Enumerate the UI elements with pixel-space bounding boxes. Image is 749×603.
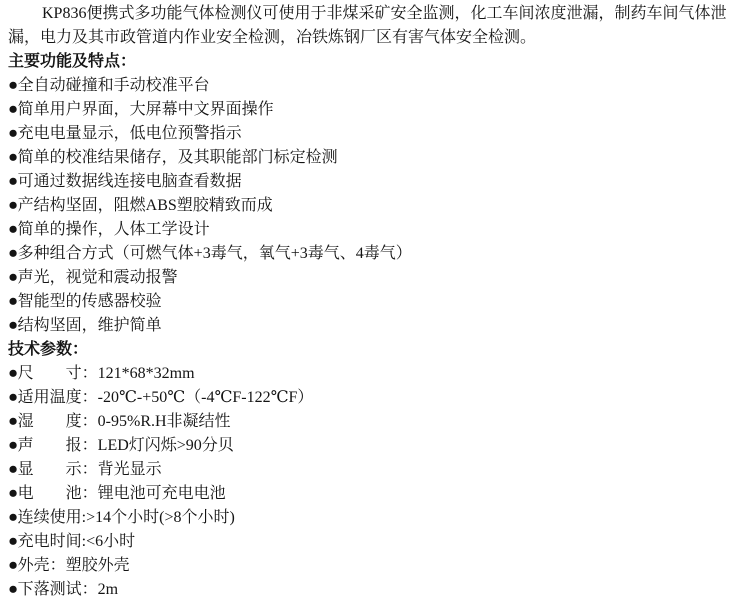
bullet-icon: ● bbox=[8, 505, 18, 530]
spec-item: ●外壳：塑胶外壳 bbox=[8, 554, 741, 578]
intro-paragraph: KP836便携式多功能气体检测仪可使用于非煤采矿安全监测，化工车间浓度泄漏，制药… bbox=[8, 2, 741, 50]
bullet-icon: ● bbox=[8, 313, 18, 338]
feature-text: 产结构坚固，阻燃ABS塑胶精致而成 bbox=[18, 197, 273, 214]
spec-text: 外壳：塑胶外壳 bbox=[18, 557, 130, 574]
feature-text: 可通过数据线连接电脑查看数据 bbox=[18, 173, 242, 190]
bullet-icon: ● bbox=[8, 145, 18, 170]
bullet-icon: ● bbox=[8, 385, 18, 410]
bullet-icon: ● bbox=[8, 121, 18, 146]
feature-item: ●简单的校准结果储存，及其职能部门标定检测 bbox=[8, 146, 741, 170]
spec-item: ●适用温度：-20℃-+50℃（-4℃F-122℃F） bbox=[8, 386, 741, 410]
spec-text: 充电时间:<6小时 bbox=[18, 533, 135, 550]
bullet-icon: ● bbox=[8, 577, 18, 602]
spec-text: 下落测试：2m bbox=[18, 581, 118, 598]
bullet-icon: ● bbox=[8, 553, 18, 578]
spec-item: ●连续使用:>14个小时(>8个小时) bbox=[8, 506, 741, 530]
feature-item: ●充电电量显示，低电位预警指示 bbox=[8, 122, 741, 146]
feature-item: ●产结构坚固，阻燃ABS塑胶精致而成 bbox=[8, 194, 741, 218]
spec-text: 湿 度：0-95%R.H非凝结性 bbox=[18, 413, 231, 430]
feature-item: ●多种组合方式（可燃气体+3毒气，氧气+3毒气、4毒气） bbox=[8, 242, 741, 266]
features-heading: 主要功能及特点： bbox=[8, 50, 741, 74]
feature-text: 结构坚固，维护简单 bbox=[18, 317, 162, 334]
feature-item: ●智能型的传感器校验 bbox=[8, 290, 741, 314]
spec-item: ●尺 寸：121*68*32mm bbox=[8, 362, 741, 386]
bullet-icon: ● bbox=[8, 73, 18, 98]
bullet-icon: ● bbox=[8, 97, 18, 122]
bullet-icon: ● bbox=[8, 409, 18, 434]
feature-text: 简单的操作，人体工学设计 bbox=[18, 221, 210, 238]
feature-text: 简单的校准结果储存，及其职能部门标定检测 bbox=[18, 149, 338, 166]
feature-text: 全自动碰撞和手动校准平台 bbox=[18, 77, 210, 94]
spec-text: 声 报：LED灯闪烁>90分贝 bbox=[18, 437, 234, 454]
feature-text: 充电电量显示，低电位预警指示 bbox=[18, 125, 242, 142]
bullet-icon: ● bbox=[8, 265, 18, 290]
spec-item: ●声 报：LED灯闪烁>90分贝 bbox=[8, 434, 741, 458]
spec-item: ●显 示：背光显示 bbox=[8, 458, 741, 482]
bullet-icon: ● bbox=[8, 361, 18, 386]
spec-item: ●电 池：锂电池可充电电池 bbox=[8, 482, 741, 506]
bullet-icon: ● bbox=[8, 241, 18, 266]
spec-item: ●充电时间:<6小时 bbox=[8, 530, 741, 554]
feature-item: ●可通过数据线连接电脑查看数据 bbox=[8, 170, 741, 194]
product-document: KP836便携式多功能气体检测仪可使用于非煤采矿安全监测，化工车间浓度泄漏，制药… bbox=[0, 0, 749, 602]
feature-item: ●声光，视觉和震动报警 bbox=[8, 266, 741, 290]
bullet-icon: ● bbox=[8, 529, 18, 554]
feature-text: 声光，视觉和震动报警 bbox=[18, 269, 178, 286]
feature-item: ●结构坚固，维护简单 bbox=[8, 314, 741, 338]
feature-text: 智能型的传感器校验 bbox=[18, 293, 162, 310]
bullet-icon: ● bbox=[8, 457, 18, 482]
spec-text: 尺 寸：121*68*32mm bbox=[18, 365, 195, 382]
specs-heading: 技术参数： bbox=[8, 338, 741, 362]
feature-text: 多种组合方式（可燃气体+3毒气，氧气+3毒气、4毒气） bbox=[18, 245, 412, 262]
feature-item: ●简单的操作，人体工学设计 bbox=[8, 218, 741, 242]
spec-text: 适用温度：-20℃-+50℃（-4℃F-122℃F） bbox=[18, 389, 314, 406]
feature-item: ●全自动碰撞和手动校准平台 bbox=[8, 74, 741, 98]
feature-text: 简单用户界面，大屏幕中文界面操作 bbox=[18, 101, 274, 118]
bullet-icon: ● bbox=[8, 433, 18, 458]
bullet-icon: ● bbox=[8, 169, 18, 194]
spec-text: 连续使用:>14个小时(>8个小时) bbox=[18, 509, 235, 526]
bullet-icon: ● bbox=[8, 289, 18, 314]
spec-item: ●下落测试：2m bbox=[8, 578, 741, 602]
bullet-icon: ● bbox=[8, 217, 18, 242]
spec-item: ●湿 度：0-95%R.H非凝结性 bbox=[8, 410, 741, 434]
spec-text: 电 池：锂电池可充电电池 bbox=[18, 485, 226, 502]
bullet-icon: ● bbox=[8, 193, 18, 218]
bullet-icon: ● bbox=[8, 481, 18, 506]
spec-text: 显 示：背光显示 bbox=[18, 461, 162, 478]
feature-item: ●简单用户界面，大屏幕中文界面操作 bbox=[8, 98, 741, 122]
